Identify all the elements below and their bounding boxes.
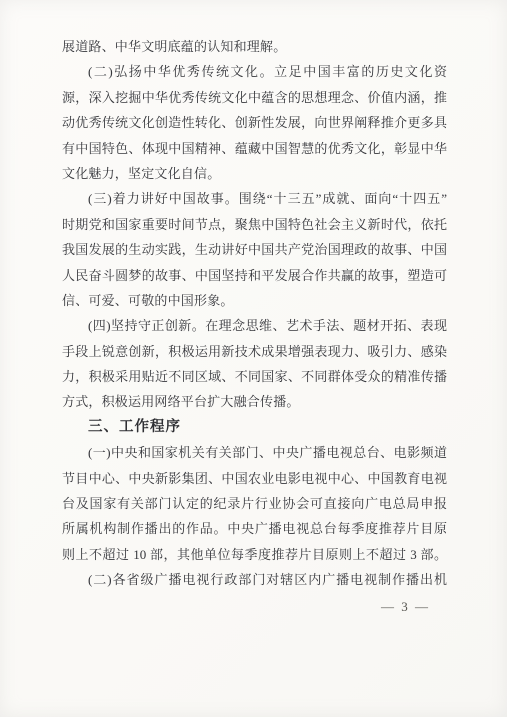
text-line: 所属机构制作播出的作品。中央广播电视总台每季度推荐片目原	[62, 516, 447, 541]
text-line: 时期党和国家重要时间节点，聚焦中国特色社会主义新时代，依托	[62, 212, 447, 237]
text-line: 我国发展的生动实践，生动讲好中国共产党治国理政的故事、中国	[62, 237, 447, 262]
document-page: 展道路、中华文明底蕴的认知和理解。(二)弘扬中华优秀传统文化。立足中国丰富的历史…	[0, 0, 507, 717]
text-line: 动优秀传统文化创造性转化、创新性发展，向世界阐释推介更多具	[62, 110, 447, 135]
text-line: 方式，积极运用网络平台扩大融合传播。	[62, 389, 447, 414]
text-line: 文化魅力，坚定文化自信。	[62, 161, 447, 186]
text-block: 展道路、中华文明底蕴的认知和理解。(二)弘扬中华优秀传统文化。立足中国丰富的历史…	[62, 34, 447, 593]
text-line: (一)中央和国家机关有关部门、中央广播电视总台、电影频道	[62, 440, 447, 465]
text-line: 有中国特色、体现中国精神、蕴藏中国智慧的优秀文化，彰显中华	[62, 136, 447, 161]
text-line: (二)各省级广播电视行政部门对辖区内广播电视制作播出机	[62, 567, 447, 592]
section-heading: 三、工作程序	[62, 415, 447, 440]
text-line: (三)着力讲好中国故事。围绕“十三五”成就、面向“十四五”	[62, 186, 447, 211]
text-line: 则上不超过 10 部，其他单位每季度推荐片目原则上不超过 3 部。	[62, 542, 447, 567]
text-line: (二)弘扬中华优秀传统文化。立足中国丰富的历史文化资	[62, 59, 447, 84]
page-number: — 3 —	[381, 599, 430, 615]
text-line: 手段上锐意创新，积极运用新技术成果增强表现力、吸引力、感染	[62, 339, 447, 364]
text-line: 信、可爱、可敬的中国形象。	[62, 288, 447, 313]
text-line: (四)坚持守正创新。在理念思维、艺术手法、题材开拓、表现	[62, 313, 447, 338]
text-line: 力，积极采用贴近不同区域、不同国家、不同群体受众的精准传播	[62, 364, 447, 389]
text-line: 节目中心、中央新影集团、中国农业电影电视中心、中国教育电视	[62, 466, 447, 491]
text-line: 展道路、中华文明底蕴的认知和理解。	[62, 34, 447, 59]
text-line: 台及国家有关部门认定的纪录片行业协会可直接向广电总局申报	[62, 491, 447, 516]
text-line: 人民奋斗圆梦的故事、中国坚持和平发展合作共赢的故事，塑造可	[62, 263, 447, 288]
text-line: 源，深入挖掘中华优秀传统文化中蕴含的思想理念、价值内涵，推	[62, 85, 447, 110]
